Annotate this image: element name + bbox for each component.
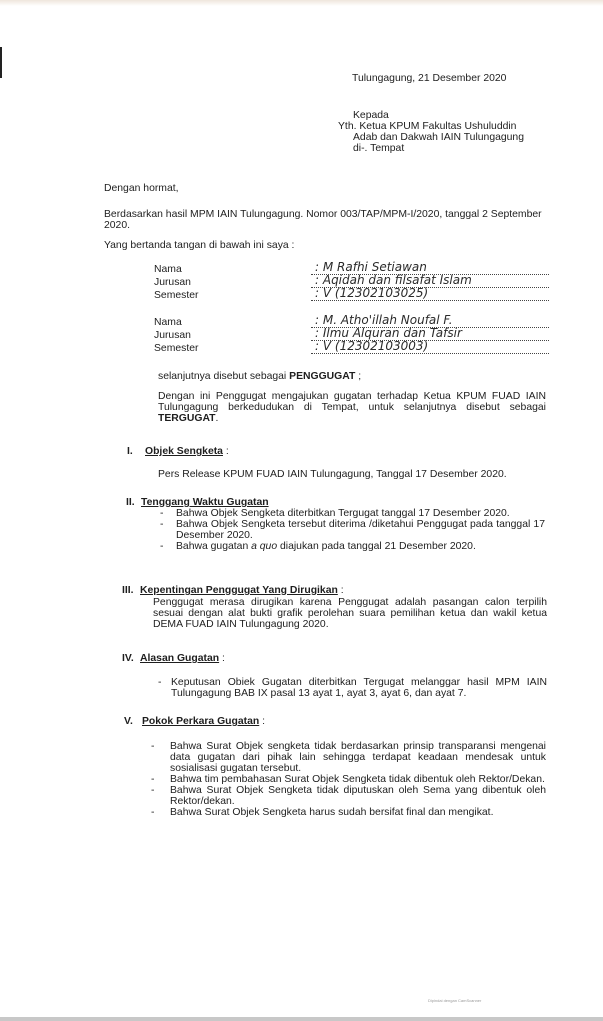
dash-bullet-icon: -	[158, 677, 161, 688]
recipient-line-1: Yth. Ketua KPUM Fakultas Ushuluddin	[338, 121, 524, 132]
list-item-text: Bahwa Surat Objek sengketa tidak berdasa…	[170, 741, 546, 774]
list-item-text: Bahwa Surat Objek Sengketa harus sudah b…	[170, 807, 493, 818]
plaintiff-designation: selanjutnya disebut sebagai PENGGUGAT ;	[158, 371, 361, 383]
list-item-text-before: Bahwa gugatan	[176, 541, 251, 552]
deadline-list: -Bahwa Objek Sengketa diterbitkan Tergug…	[156, 508, 545, 552]
field-label: Nama	[154, 264, 182, 276]
section-title: Kepentingan Penggugat Yang Dirugikan	[140, 585, 338, 596]
list-item: -Bahwa Objek Sengketa diterbitkan Tergug…	[156, 508, 545, 519]
designation-prefix: selanjutnya disebut sebagai	[158, 371, 289, 382]
section-colon: :	[338, 585, 344, 596]
reason-list: -Keputusan Obiek Gugatan diterbitkan Ter…	[158, 677, 547, 699]
interest-paragraph: Penggugat merasa dirugikan karena Penggu…	[153, 597, 547, 630]
section-heading-4: IV.Alasan Gugatan :	[122, 653, 225, 665]
field-label: Semester	[154, 343, 198, 355]
list-item-italic: a quo	[251, 541, 277, 552]
section-heading-3: III.Kepentingan Penggugat Yang Dirugikan…	[122, 585, 344, 597]
scanner-watermark: Dipindai dengan CamScanner	[428, 998, 481, 1003]
section-number: II.	[126, 497, 141, 509]
designation-suffix: ;	[355, 371, 361, 382]
section-title: Objek Sengketa	[145, 446, 223, 457]
section-number: I.	[127, 446, 145, 458]
list-item: -Bahwa Surat Objek Sengketa tidak diputu…	[148, 785, 546, 807]
recipient-line-3: di-. Tempat	[338, 143, 524, 154]
dash-bullet-icon: -	[151, 785, 154, 796]
section-title: Alasan Gugatan	[140, 653, 219, 664]
field-label: Jurusan	[154, 330, 191, 342]
section-number: III.	[122, 585, 140, 597]
field-label: Jurusan	[154, 277, 191, 289]
section-heading-1: I.Objek Sengketa :	[127, 446, 229, 458]
handwritten-semester: : V (12302103025)	[311, 287, 549, 301]
designation-term: PENGGUGAT	[289, 371, 355, 382]
list-item-text: Bahwa Surat Objek Sengketa tidak diputus…	[170, 785, 546, 807]
list-item-text: Bahwa Objek Sengketa diterbitkan Terguga…	[176, 508, 510, 519]
recipient-salutation: Kepada	[338, 110, 524, 121]
recipient-line-2: Adab dan Dakwah IAIN Tulungagung	[338, 132, 524, 143]
letter-date: Tulungagung, 21 Desember 2020	[352, 73, 506, 85]
list-item: -Bahwa tim pembahasan Surat Objek Sengke…	[148, 774, 546, 785]
field-row-semester: Semester : V (12302103025)	[154, 289, 549, 302]
defendant-term: TERGUGAT	[158, 413, 216, 424]
plaintiff-1-fields: Nama : M Rafhi Setiawan Jurusan : Aqidah…	[154, 263, 549, 302]
scan-left-mark	[0, 47, 2, 78]
subject-matter-list: -Bahwa Surat Objek sengketa tidak berdas…	[148, 741, 546, 818]
scan-bottom-edge	[0, 1017, 603, 1021]
list-item: -Bahwa Surat Objek sengketa tidak berdas…	[148, 741, 546, 774]
dash-bullet-icon: -	[160, 519, 163, 530]
dash-bullet-icon: -	[151, 774, 154, 785]
list-item: -Bahwa Objek Sengketa tersebut diterima …	[156, 519, 545, 541]
dash-bullet-icon: -	[160, 508, 163, 519]
claim-suffix: .	[216, 413, 219, 424]
list-item: -Keputusan Obiek Gugatan diterbitkan Ter…	[158, 677, 547, 699]
section-number: V.	[124, 716, 142, 728]
section-colon: :	[259, 716, 265, 727]
claim-paragraph: Dengan ini Penggugat mengajukan gugatan …	[158, 391, 546, 424]
handwritten-semester: : V (12302103003)	[311, 340, 549, 354]
section-title: Pokok Perkara Gugatan	[142, 716, 259, 727]
section-colon: :	[223, 446, 229, 457]
field-label: Semester	[154, 290, 198, 302]
section-number: IV.	[122, 653, 140, 665]
signer-intro: Yang bertanda tangan di bawah ini saya :	[104, 240, 294, 252]
basis-paragraph: Berdasarkan hasil MPM IAIN Tulungagung. …	[104, 209, 552, 231]
field-row-semester: Semester : V (12302103003)	[154, 342, 549, 355]
list-item: -Bahwa Surat Objek Sengketa harus sudah …	[148, 807, 546, 818]
list-item: -Bahwa gugatan a quo diajukan pada tangg…	[156, 541, 545, 552]
recipient-block: Kepada Yth. Ketua KPUM Fakultas Ushuludd…	[338, 110, 524, 154]
dash-bullet-icon: -	[151, 741, 154, 752]
section-heading-5: V.Pokok Perkara Gugatan :	[124, 716, 265, 728]
list-item-text: Bahwa Objek Sengketa tersebut diterima /…	[176, 519, 545, 541]
dash-bullet-icon: -	[151, 807, 154, 818]
field-label: Nama	[154, 317, 182, 329]
list-item-text-after: diajukan pada tanggal 21 Desember 2020.	[277, 541, 476, 552]
list-item-text: Keputusan Obiek Gugatan diterbitkan Terg…	[171, 677, 547, 699]
dash-bullet-icon: -	[160, 541, 163, 552]
claim-text: Dengan ini Penggugat mengajukan gugatan …	[158, 391, 546, 413]
section-colon: :	[219, 653, 225, 664]
list-item-text: Bahwa tim pembahasan Surat Objek Sengket…	[170, 774, 545, 785]
dispute-object-text: Pers Release KPUM FUAD IAIN Tulungagung,…	[158, 469, 507, 481]
scan-top-edge	[0, 0, 603, 6]
plaintiff-2-fields: Nama : M. Atho'illah Noufal F. Jurusan :…	[154, 316, 549, 355]
section-title: Tenggang Waktu Gugatan	[141, 497, 269, 508]
greeting: Dengan hormat,	[104, 183, 179, 195]
